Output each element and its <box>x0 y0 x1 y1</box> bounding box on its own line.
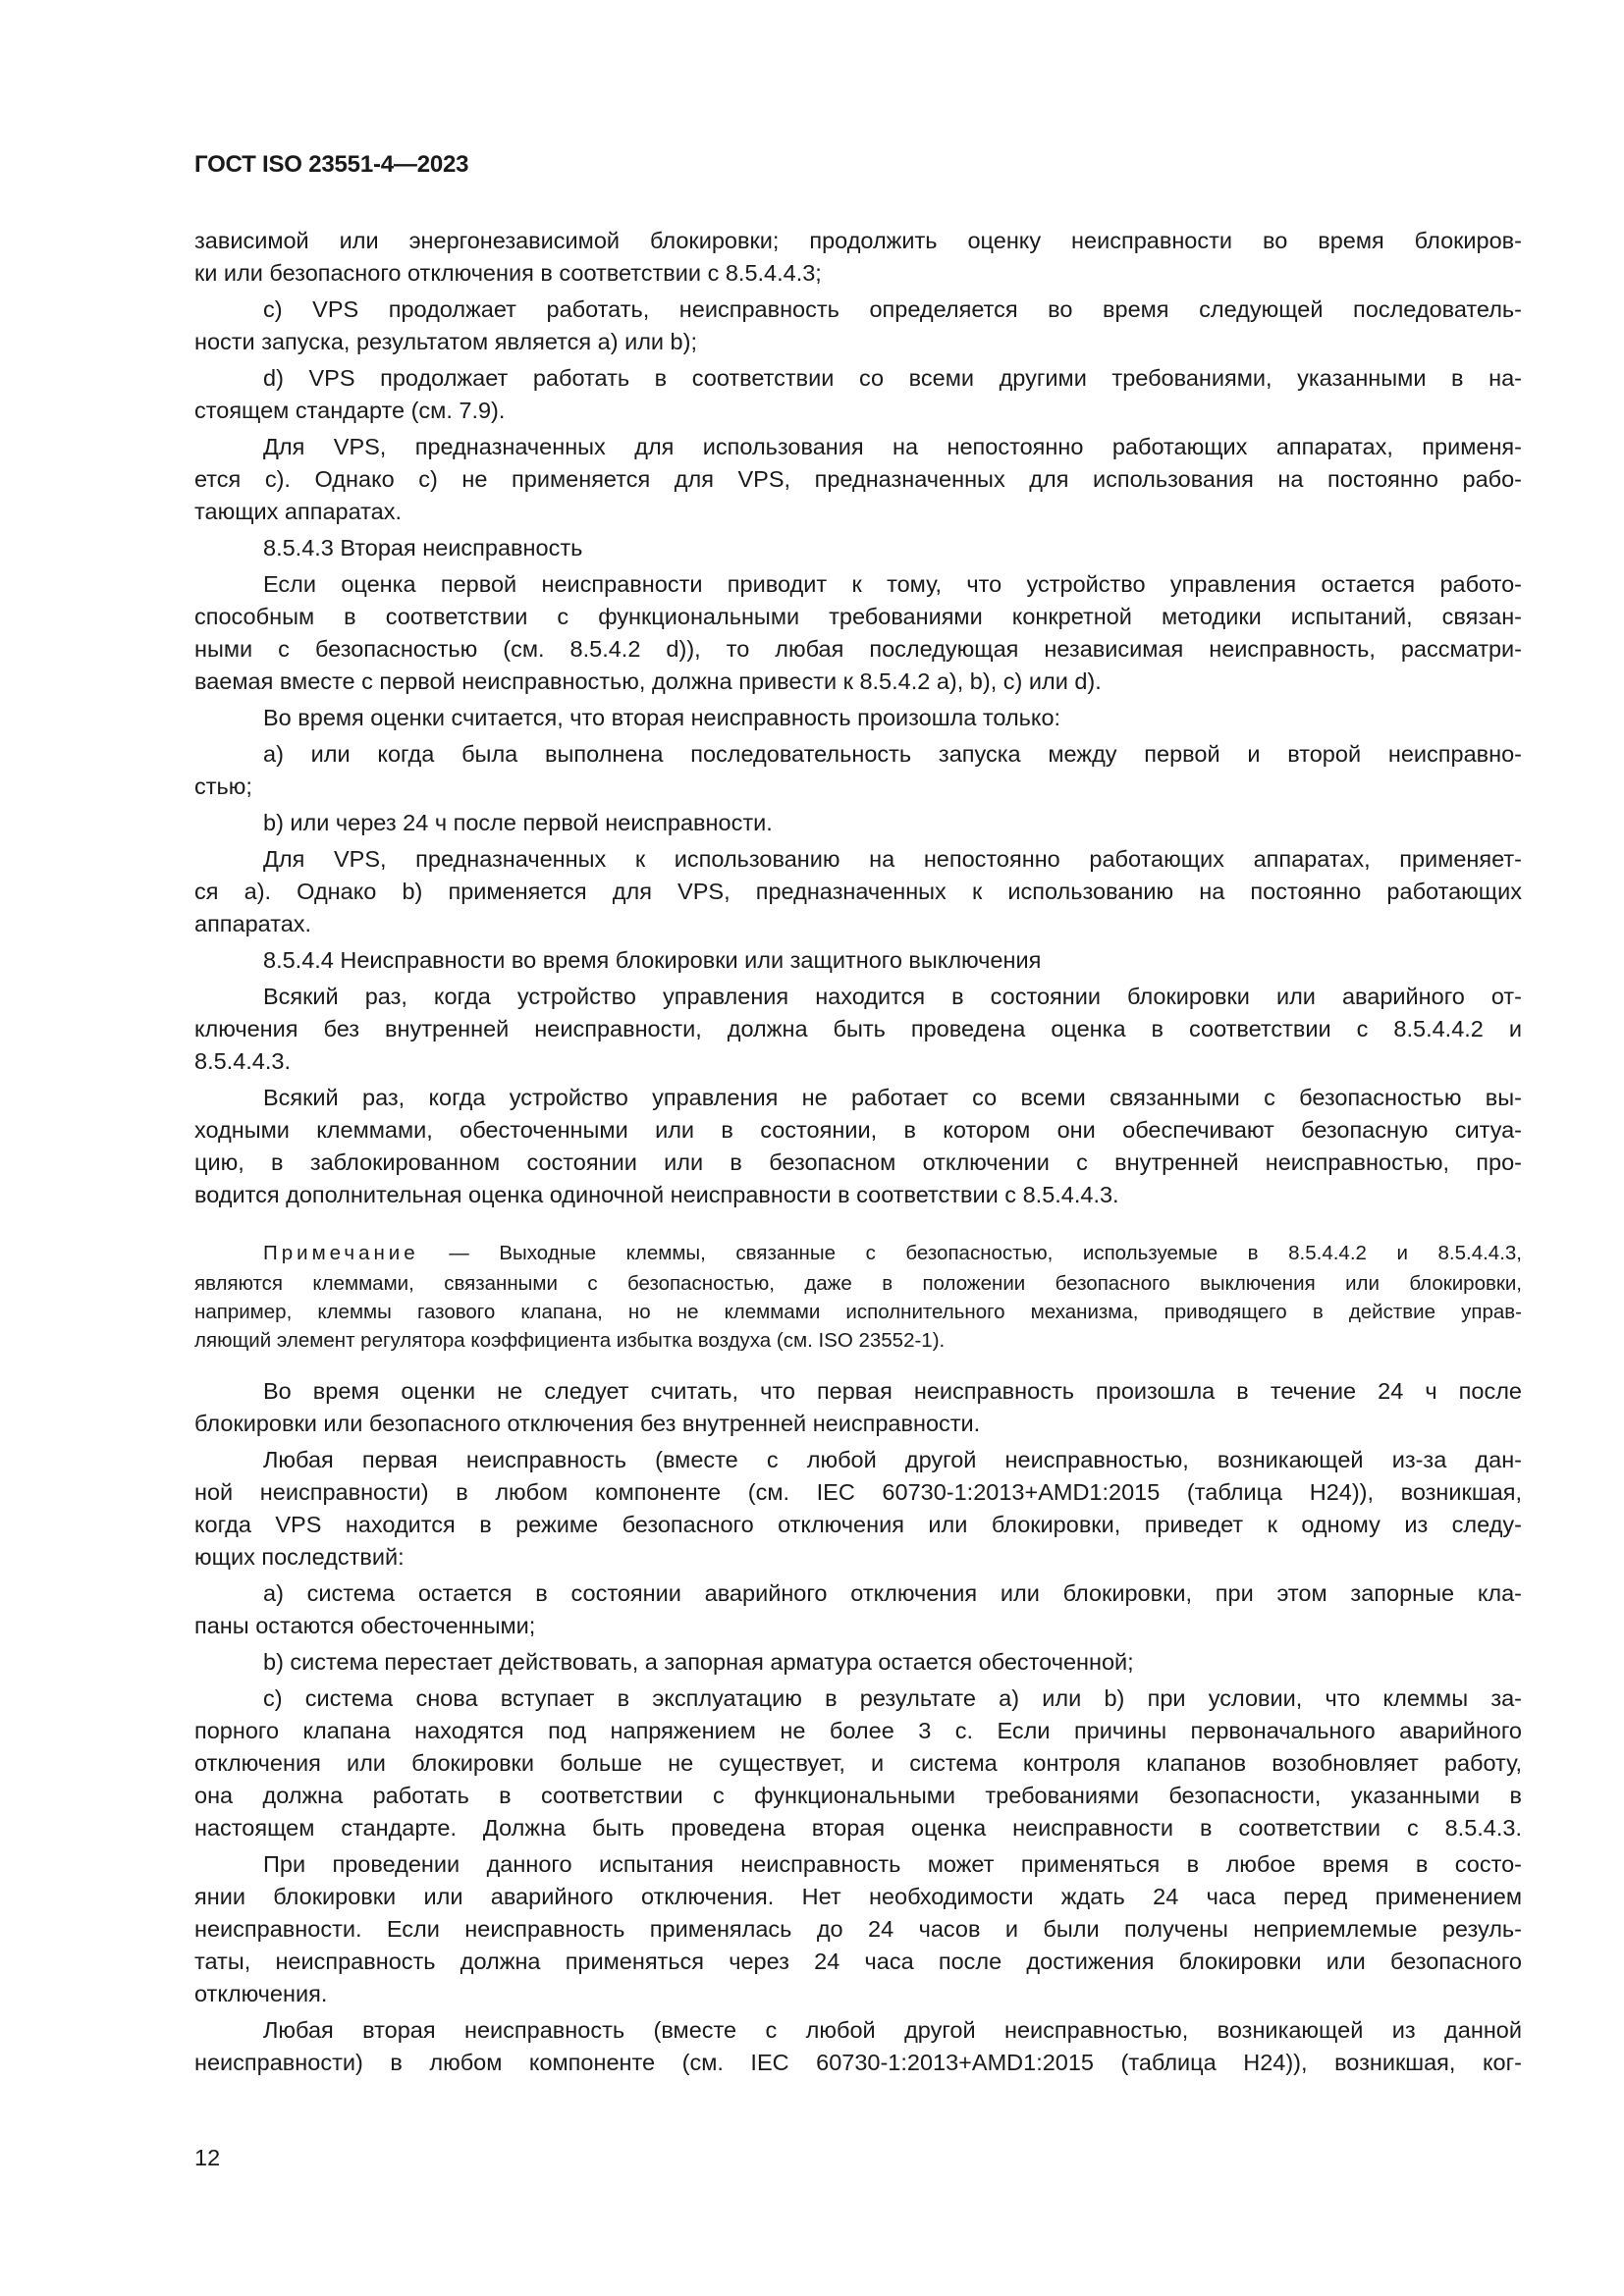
text-line: паны остаются обесточенными; <box>194 1611 1522 1640</box>
text-line: a) или когда была выполнена последовател… <box>263 739 1522 769</box>
text-line: ки или безопасного отключения в соответс… <box>194 258 1522 288</box>
text-line: водится дополнительная оценка одиночной … <box>194 1180 1522 1209</box>
text-line: стоящем стандарте (см. 7.9). <box>194 396 1522 425</box>
text-line: цию, в заблокированном состоянии или в б… <box>194 1148 1522 1177</box>
text-line: 8.5.4.4.3. <box>194 1046 1522 1076</box>
document-header-title: ГОСТ ISO 23551-4—2023 <box>194 151 468 179</box>
text-line: настоящем стандарте. Должна быть проведе… <box>194 1813 1522 1842</box>
note-dash: — <box>419 1242 500 1264</box>
note-line: например, клеммы газового клапана, но не… <box>194 1298 1522 1327</box>
text-line: аппаратах. <box>194 909 1522 938</box>
text-line: Всякий раз, когда устройство управления … <box>263 982 1522 1011</box>
text-line: Любая первая неисправность (вместе с люб… <box>263 1445 1522 1474</box>
text-line: a) система остается в состоянии аварийно… <box>263 1578 1522 1608</box>
text-line: ной неисправности) в любом компоненте (с… <box>194 1477 1522 1507</box>
text-line: b) или через 24 ч после первой неисправн… <box>263 808 1522 837</box>
text-line: ключения без внутренней неисправности, д… <box>194 1014 1522 1043</box>
page-number: 12 <box>194 2145 220 2171</box>
text-line: отключения или блокировки больше не суще… <box>194 1748 1522 1778</box>
text-line: b) система перестает действовать, а запо… <box>263 1647 1522 1677</box>
text-line: Для VPS, предназначенных к использованию… <box>263 844 1522 874</box>
text-line: способным в соответствии с функциональны… <box>194 602 1522 631</box>
text-line: ющих последствий: <box>194 1542 1522 1572</box>
text-line: d) VPS продолжает работать в соответстви… <box>263 363 1522 393</box>
text-line: Если оценка первой неисправности приводи… <box>263 569 1522 599</box>
text-line: зависимой или энергонезависимой блокиров… <box>194 226 1522 255</box>
text-line: ходными клеммами, обесточенными или в со… <box>194 1115 1522 1145</box>
text-line: стью; <box>194 772 1522 801</box>
note-first-line: Примечание — Выходные клеммы, связанные … <box>263 1239 1522 1268</box>
text-line: Во время оценки считается, что вторая не… <box>263 703 1522 732</box>
note-line: являются клеммами, связанными с безопасн… <box>194 1269 1522 1299</box>
text-line: отключения. <box>194 1979 1522 2008</box>
text-line: c) VPS продолжает работать, неисправност… <box>263 294 1522 324</box>
text-line: Во время оценки не следует считать, что … <box>263 1376 1522 1406</box>
text-line: ется c). Однако c) не применяется для VP… <box>194 464 1522 494</box>
text-line: Всякий раз, когда устройство управления … <box>263 1083 1522 1112</box>
note-line: ляющий элемент регулятора коэффициента и… <box>194 1326 1522 1356</box>
note-label: Примечание <box>263 1242 419 1264</box>
text-line: когда VPS находится в режиме безопасного… <box>194 1510 1522 1539</box>
text-line: ваемая вместе с первой неисправностью, д… <box>194 667 1522 696</box>
text-line: Любая вторая неисправность (вместе с люб… <box>263 2015 1522 2045</box>
text-line: блокировки или безопасного отключения бе… <box>194 1409 1522 1438</box>
text-line: ности запуска, результатом является a) и… <box>194 327 1522 356</box>
text-line: порного клапана находятся под напряжение… <box>194 1716 1522 1745</box>
note-first-line-text: Выходные клеммы, связанные с безопасност… <box>499 1242 1522 1264</box>
text-line: 8.5.4.4 Неисправности во время блокировк… <box>263 945 1522 975</box>
text-line: таты, неисправность должна применяться ч… <box>194 1947 1522 1976</box>
text-line: c) система снова вступает в эксплуатацию… <box>263 1683 1522 1713</box>
text-line: янии блокировки или аварийного отключени… <box>194 1882 1522 1911</box>
text-line: она должна работать в соответствии с фун… <box>194 1781 1522 1810</box>
text-line: Для VPS, предназначенных для использован… <box>263 432 1522 461</box>
text-line: ся a). Однако b) применяется для VPS, пр… <box>194 877 1522 906</box>
text-line: неисправности) в любом компоненте (см. I… <box>194 2048 1522 2077</box>
text-line: тающих аппаратах. <box>194 497 1522 526</box>
text-line: 8.5.4.3 Вторая неисправность <box>263 533 1522 562</box>
text-line: ными с безопасностью (см. 8.5.4.2 d)), т… <box>194 634 1522 664</box>
text-line: неисправности. Если неисправность примен… <box>194 1914 1522 1944</box>
text-line: При проведении данного испытания неиспра… <box>263 1849 1522 1879</box>
